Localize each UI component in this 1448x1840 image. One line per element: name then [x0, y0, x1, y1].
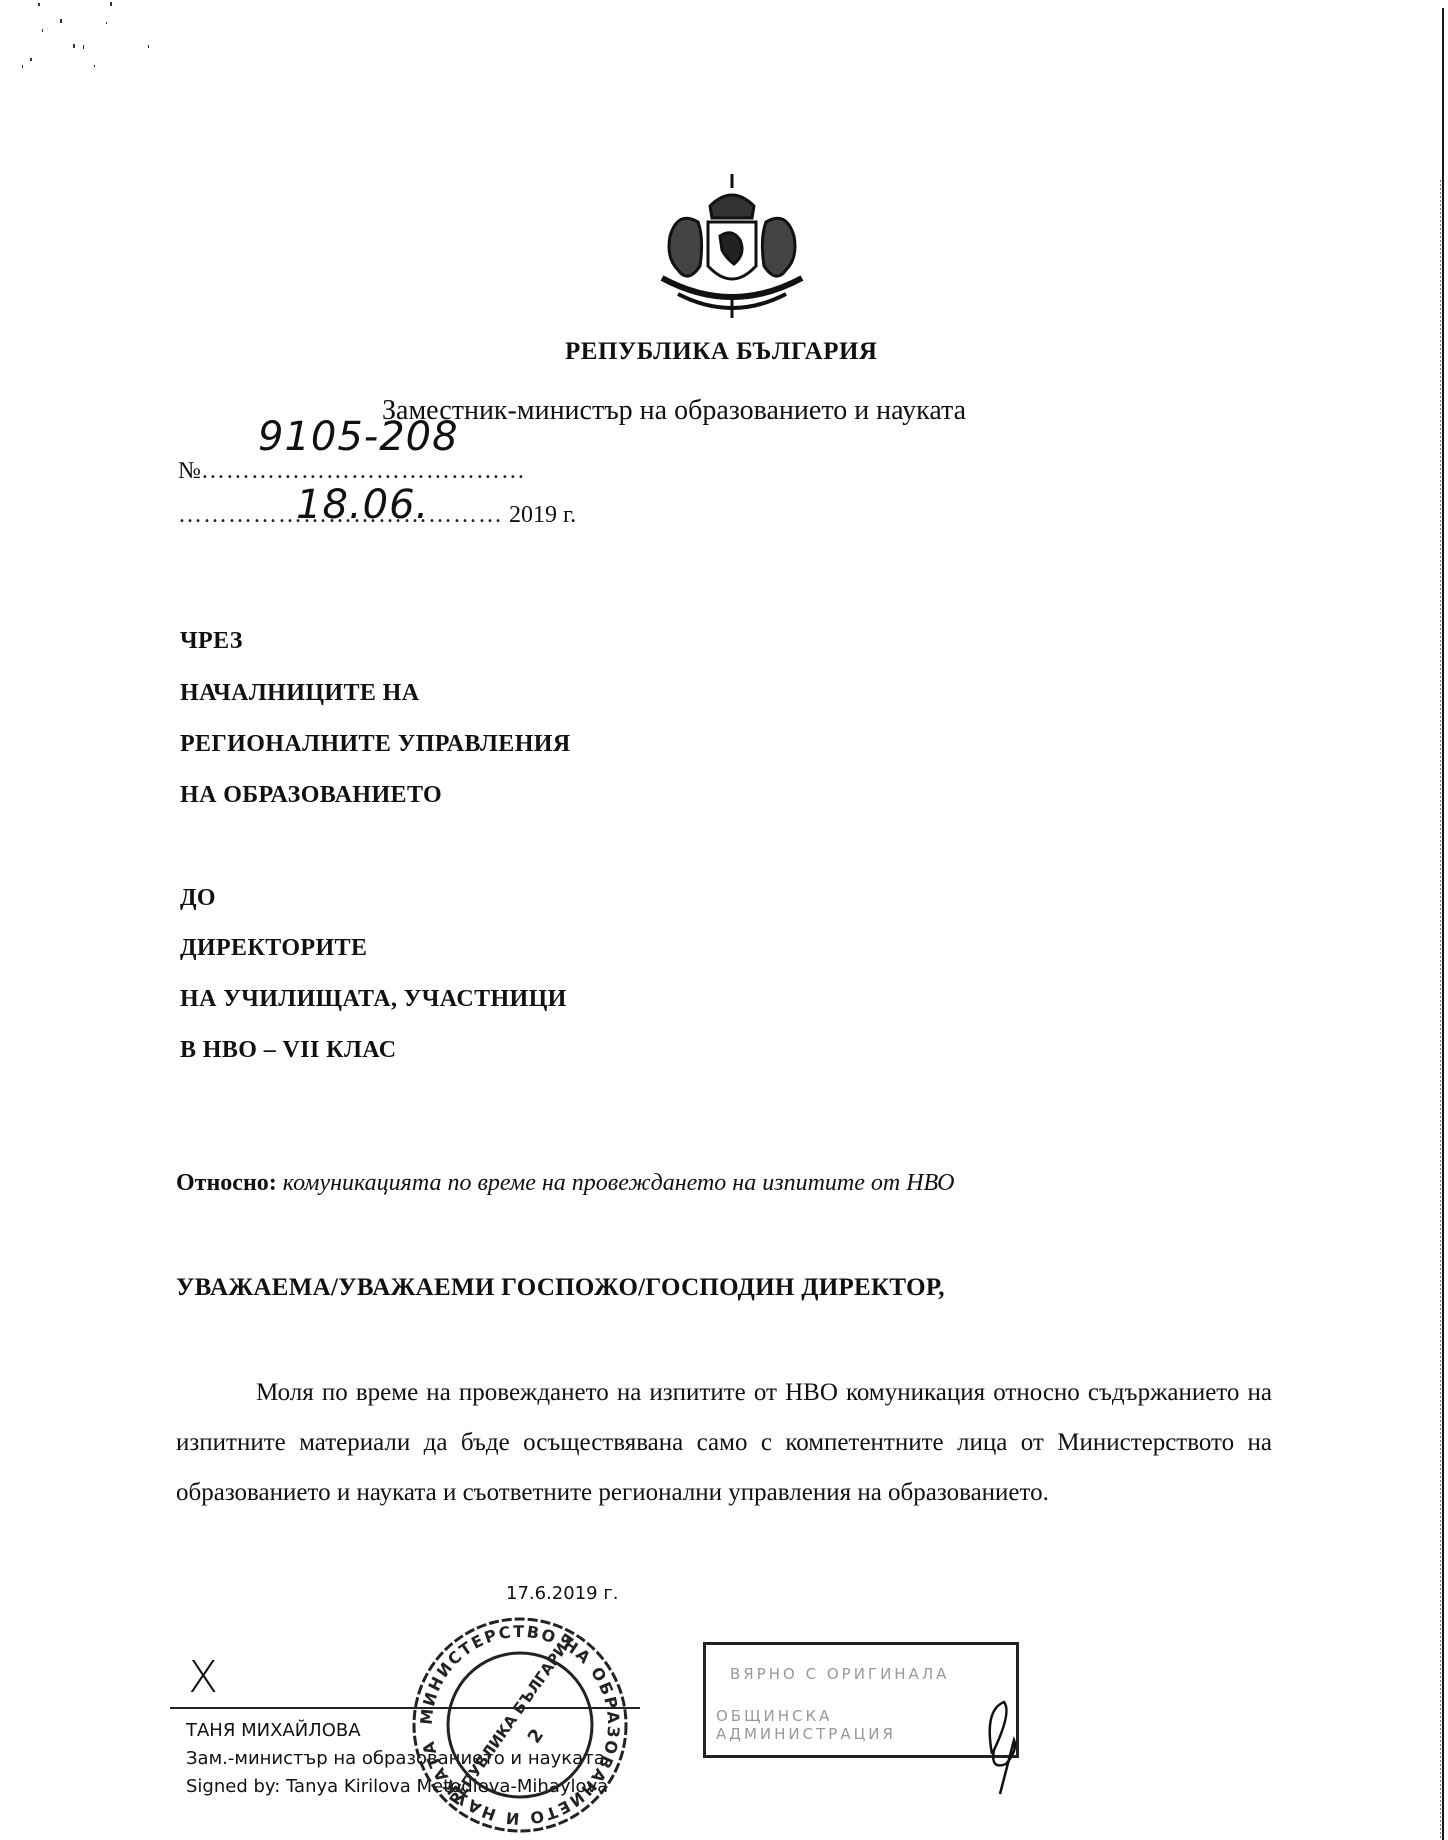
registration-number-field: №………………………………… [178, 458, 526, 485]
via-line-2: НАЧАЛНИЦИТЕ НА [180, 680, 419, 707]
official-seal-icon: МИНИСТЕРСТВО НА ОБРАЗОВАНИЕТО И НАУКАТА … [405, 1610, 635, 1840]
via-line-1: ЧРЕЗ [180, 628, 243, 655]
via-line-4: НА ОБРАЗОВАНИЕТО [180, 782, 442, 809]
subject-label: Относно: [176, 1170, 277, 1196]
signature-mark: X [188, 1652, 218, 1703]
subject-line: Относно: комуникацията по време на прове… [176, 1170, 954, 1197]
to-line-2: ДИРЕКТОРИТЕ [180, 935, 367, 962]
registration-year: 2019 г. [509, 502, 576, 528]
page-edge-shadow [1440, 180, 1441, 1840]
subject-text: комуникацията по време на провеждането н… [283, 1170, 955, 1196]
scan-noise [0, 0, 200, 100]
number-sign: № [178, 458, 201, 484]
number-dots: ………………………………… [201, 458, 526, 484]
via-line-3: РЕГИОНАЛНИТЕ УПРАВЛЕНИЯ [180, 731, 571, 758]
page-edge-line [1442, 8, 1444, 1840]
body-paragraph: Моля по време на провеждането на изпитит… [176, 1368, 1272, 1518]
issuer-subtitle: Заместник-министър на образованието и на… [382, 395, 966, 427]
signer-name: ТАНЯ МИХАЙЛОВА [186, 1720, 361, 1741]
signature-date: 17.6.2019 г. [506, 1583, 619, 1604]
to-line-1: ДО [180, 885, 216, 912]
to-line-4: В НВО – VII КЛАС [180, 1037, 397, 1064]
stamp-line-1: ВЯРНО С ОРИГИНАЛА [730, 1665, 949, 1683]
document-page: РЕПУБЛИКА БЪЛГАРИЯ Заместник-министър на… [0, 0, 1448, 1840]
bulgaria-coat-of-arms-icon [648, 166, 816, 326]
seal-number: 2 [524, 1725, 548, 1747]
registration-number-handwritten: 9105-208 [258, 414, 459, 460]
handwritten-initials-icon [960, 1690, 1030, 1800]
country-title: РЕПУБЛИКА БЪЛГАРИЯ [565, 338, 878, 366]
greeting: УВАЖАЕМА/УВАЖАЕМИ ГОСПОЖО/ГОСПОДИН ДИРЕК… [176, 1274, 945, 1302]
registration-date-handwritten: 18.06. [296, 482, 429, 528]
to-line-3: НА УЧИЛИЩАТА, УЧАСТНИЦИ [180, 986, 567, 1013]
